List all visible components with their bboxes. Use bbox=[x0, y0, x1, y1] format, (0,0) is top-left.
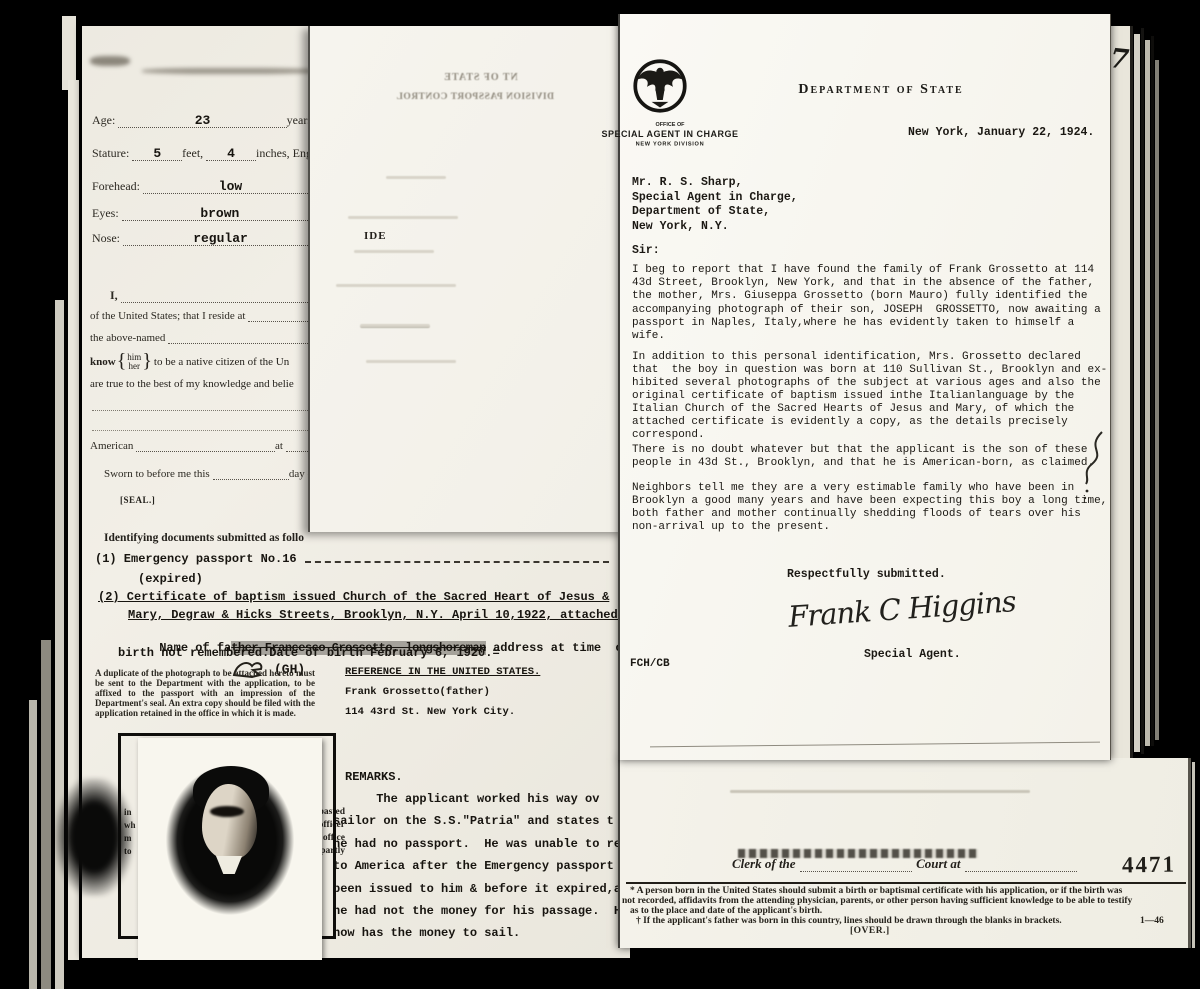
field-nose-line: regular bbox=[123, 230, 318, 246]
ink-smudge bbox=[142, 68, 317, 74]
footnote-line-4: † If the applicant's father was born in … bbox=[636, 917, 1096, 926]
bleed-through-title: NT OF STATE bbox=[388, 72, 573, 83]
office-line-3: NEW YORK DIVISION bbox=[614, 140, 726, 146]
footnote-line-1: * A person born in the United States sho… bbox=[630, 887, 1188, 896]
letter-dateline: New York, January 22, 1924. bbox=[908, 126, 1094, 139]
form-footer-strip: Clerk of the Court at 4471 * A person bo… bbox=[618, 758, 1190, 948]
letter-closing: Respectfully submitted. bbox=[787, 568, 946, 581]
bleed-through-smudge bbox=[386, 176, 446, 179]
field-age: Age: 23 years. bbox=[92, 112, 318, 128]
affidavit-above-named-line: the above-named bbox=[90, 332, 316, 344]
letter-paragraph-2: In addition to this personal identificat… bbox=[632, 351, 1107, 442]
brace-close-glyph: } bbox=[141, 350, 154, 373]
field-stature-mid: feet, bbox=[182, 146, 206, 161]
field-nose-label: Nose: bbox=[92, 231, 123, 246]
us-eagle-seal-icon bbox=[632, 58, 688, 119]
bleed-through-subtitle: DIVISION PASSPORT CONTROL bbox=[350, 92, 600, 102]
page-edge-strip bbox=[1188, 758, 1191, 948]
clerk-line-mid: Court at bbox=[912, 856, 964, 872]
field-stature-line1: 5 bbox=[132, 145, 182, 161]
document-item-1: (1) Emergency passport No.16 bbox=[95, 552, 615, 566]
ink-blotch bbox=[55, 778, 133, 896]
field-forehead-line: low bbox=[143, 178, 318, 194]
field-forehead-label: Forehead: bbox=[92, 179, 143, 194]
clerk-line-prefix: Clerk of the bbox=[732, 856, 800, 872]
him-her-options: him her bbox=[127, 353, 141, 371]
document-item-2-line2: Mary, Degraw & Hicks Streets, Brooklyn, … bbox=[128, 608, 625, 622]
field-eyes: Eyes: brown bbox=[92, 205, 318, 221]
bleed-through-smudge bbox=[354, 250, 434, 253]
page-edge-strip bbox=[29, 700, 37, 989]
bleed-through-smudge bbox=[730, 790, 1030, 793]
field-stature-feet: 5 bbox=[153, 146, 161, 161]
photo-instruction-note: A duplicate of the photograph to be atta… bbox=[95, 668, 315, 718]
affidavit-american-blank1 bbox=[136, 451, 275, 452]
page-edge-strip bbox=[1192, 762, 1195, 948]
bleed-through-smudge bbox=[348, 216, 458, 219]
signer-title: Special Agent. bbox=[864, 648, 961, 661]
letterhead-department-title: Department of State bbox=[798, 82, 964, 98]
affidavit-i-line: I, bbox=[110, 288, 316, 303]
affidavit-at: at bbox=[275, 440, 286, 452]
signature-frank-c-higgins: Frank C Higgins bbox=[787, 584, 1017, 634]
field-age-line: 23 bbox=[118, 112, 286, 128]
affidavit-true-line: are true to the best of my knowledge and… bbox=[90, 378, 318, 390]
bleed-through-smudge bbox=[336, 284, 456, 287]
page-edge-strip bbox=[1134, 34, 1140, 752]
page-edge-strip bbox=[1108, 26, 1130, 758]
bleed-through-smudge bbox=[360, 324, 430, 328]
letter-recipient-address: Mr. R. S. Sharp, Special Agent in Charge… bbox=[632, 176, 798, 234]
field-eyes-label: Eyes: bbox=[92, 206, 122, 221]
affidavit-know: know bbox=[90, 356, 116, 368]
form-ruled-line bbox=[92, 410, 312, 411]
footnote-line-2: not recorded, affidavits from the attend… bbox=[622, 897, 1188, 906]
field-forehead-value: low bbox=[219, 179, 242, 194]
office-line-2: SPECIAL AGENT IN CHARGE bbox=[590, 129, 750, 139]
option-her: her bbox=[127, 362, 141, 371]
affidavit-know-line: know { him her } to be a native citizen … bbox=[90, 350, 320, 373]
clerk-line-blank2 bbox=[965, 871, 1078, 872]
affidavit-reside-line: of the United States; that I reside at bbox=[90, 310, 316, 322]
page-edge-strip bbox=[1141, 28, 1144, 754]
father-name-suffix: address at time of bbox=[486, 641, 630, 655]
photo-eyes-shadow bbox=[210, 806, 244, 817]
file-number: 4471 bbox=[1122, 852, 1176, 879]
affidavit-i-blank bbox=[121, 302, 316, 303]
office-line-1: OFFICE OF bbox=[616, 121, 725, 127]
affidavit-sworn-blank bbox=[213, 479, 289, 480]
applicant-photo bbox=[138, 738, 322, 960]
identifying-documents-label: Identifying documents submitted as follo bbox=[104, 532, 304, 544]
over-label: [OVER.] bbox=[850, 927, 890, 936]
field-stature: Stature: 5 feet, 4 inches, Eng. bbox=[92, 145, 318, 161]
remarks-body: The applicant worked his way ov sailor o… bbox=[333, 788, 628, 945]
field-nose-value: regular bbox=[193, 231, 248, 246]
form-code: 1—46 bbox=[1140, 917, 1164, 926]
brace-open-glyph: { bbox=[116, 350, 128, 373]
field-nose: Nose: regular bbox=[92, 230, 318, 246]
form-header-fragment-ide: IDE bbox=[364, 230, 387, 242]
overlay-blank-page: NT OF STATE DIVISION PASSPORT CONTROL bbox=[308, 26, 626, 532]
document-item-2-line1: (2) Certificate of baptism issued Church… bbox=[98, 590, 609, 604]
affidavit-reside: of the United States; that I reside at bbox=[90, 310, 248, 322]
department-of-state-letter-page: OFFICE OF SPECIAL AGENT IN CHARGE NEW YO… bbox=[618, 14, 1111, 760]
clerk-signature-line: Clerk of the Court at bbox=[732, 856, 1077, 872]
reference-line1: Frank Grossetto(father) bbox=[345, 686, 490, 698]
reference-line2: 114 43rd St. New York City. bbox=[345, 706, 515, 718]
footnote-rule bbox=[626, 882, 1186, 884]
field-forehead: Forehead: low bbox=[92, 178, 318, 194]
affidavit-know-suffix: to be a native citizen of the Un bbox=[154, 356, 289, 368]
page-edge-strip bbox=[1151, 36, 1154, 746]
clerk-line-blank1 bbox=[800, 871, 913, 872]
field-age-label: Age: bbox=[92, 113, 118, 128]
scanned-passport-record: DESCRIPT Age: 23 years. Stature: 5 feet,… bbox=[0, 0, 1200, 989]
handwritten-page-number: 7 bbox=[1108, 43, 1130, 76]
affidavit-above-named: the above-named bbox=[90, 332, 168, 344]
document-item-1-expired: (expired) bbox=[138, 572, 203, 586]
letter-paragraph-4: Neighbors tell me they are a very estima… bbox=[632, 482, 1107, 534]
field-eyes-value: brown bbox=[200, 206, 239, 221]
affidavit-reside-blank bbox=[248, 321, 316, 322]
letter-paragraph-3: There is no doubt whatever but that the … bbox=[632, 444, 1094, 470]
affidavit-american-line: American at bbox=[90, 440, 316, 452]
affidavit-i: I, bbox=[110, 288, 121, 303]
field-age-value: 23 bbox=[195, 113, 211, 128]
remarks-title: REMARKS. bbox=[345, 770, 403, 784]
document-item-1-rule bbox=[305, 561, 609, 563]
letter-salutation: Sir: bbox=[632, 244, 660, 257]
page-edge-strip bbox=[62, 16, 76, 90]
office-block: OFFICE OF SPECIAL AGENT IN CHARGE NEW YO… bbox=[590, 120, 750, 148]
affidavit-american: American bbox=[90, 440, 136, 452]
typist-reference-initials: FCH/CB bbox=[630, 658, 670, 670]
letter-paragraph-1: I beg to report that I have found the fa… bbox=[632, 264, 1101, 343]
page-edge-strip bbox=[41, 640, 51, 989]
footnote-line-3: as to the place and date of the applican… bbox=[630, 907, 1030, 916]
affidavit-sworn-line: Sworn to before me this day o bbox=[104, 468, 316, 480]
affidavit-above-named-blank bbox=[168, 343, 316, 344]
seal-placeholder-label: [SEAL.] bbox=[120, 495, 155, 505]
affidavit-sworn: Sworn to before me this bbox=[104, 468, 213, 480]
field-eyes-line: brown bbox=[122, 205, 318, 221]
form-ruled-line bbox=[92, 430, 312, 431]
page-edge-strip bbox=[55, 300, 64, 989]
page-edge-strip bbox=[1155, 60, 1159, 740]
page-edge-strip bbox=[1145, 40, 1150, 746]
field-stature-line2: 4 bbox=[206, 145, 256, 161]
bleed-through-smudge bbox=[366, 360, 456, 363]
field-stature-label: Stature: bbox=[92, 146, 132, 161]
reference-title: REFERENCE IN THE UNITED STATES. bbox=[345, 666, 540, 678]
ink-smudge bbox=[90, 56, 130, 66]
page-edge-strip bbox=[1130, 26, 1133, 758]
document-item-1-text: (1) Emergency passport No.16 bbox=[95, 552, 297, 566]
handwritten-squiggle-icon bbox=[1078, 428, 1108, 507]
field-stature-inches: 4 bbox=[227, 146, 235, 161]
birth-date-line: birth not remembered.Date of birth Febru… bbox=[118, 646, 500, 660]
